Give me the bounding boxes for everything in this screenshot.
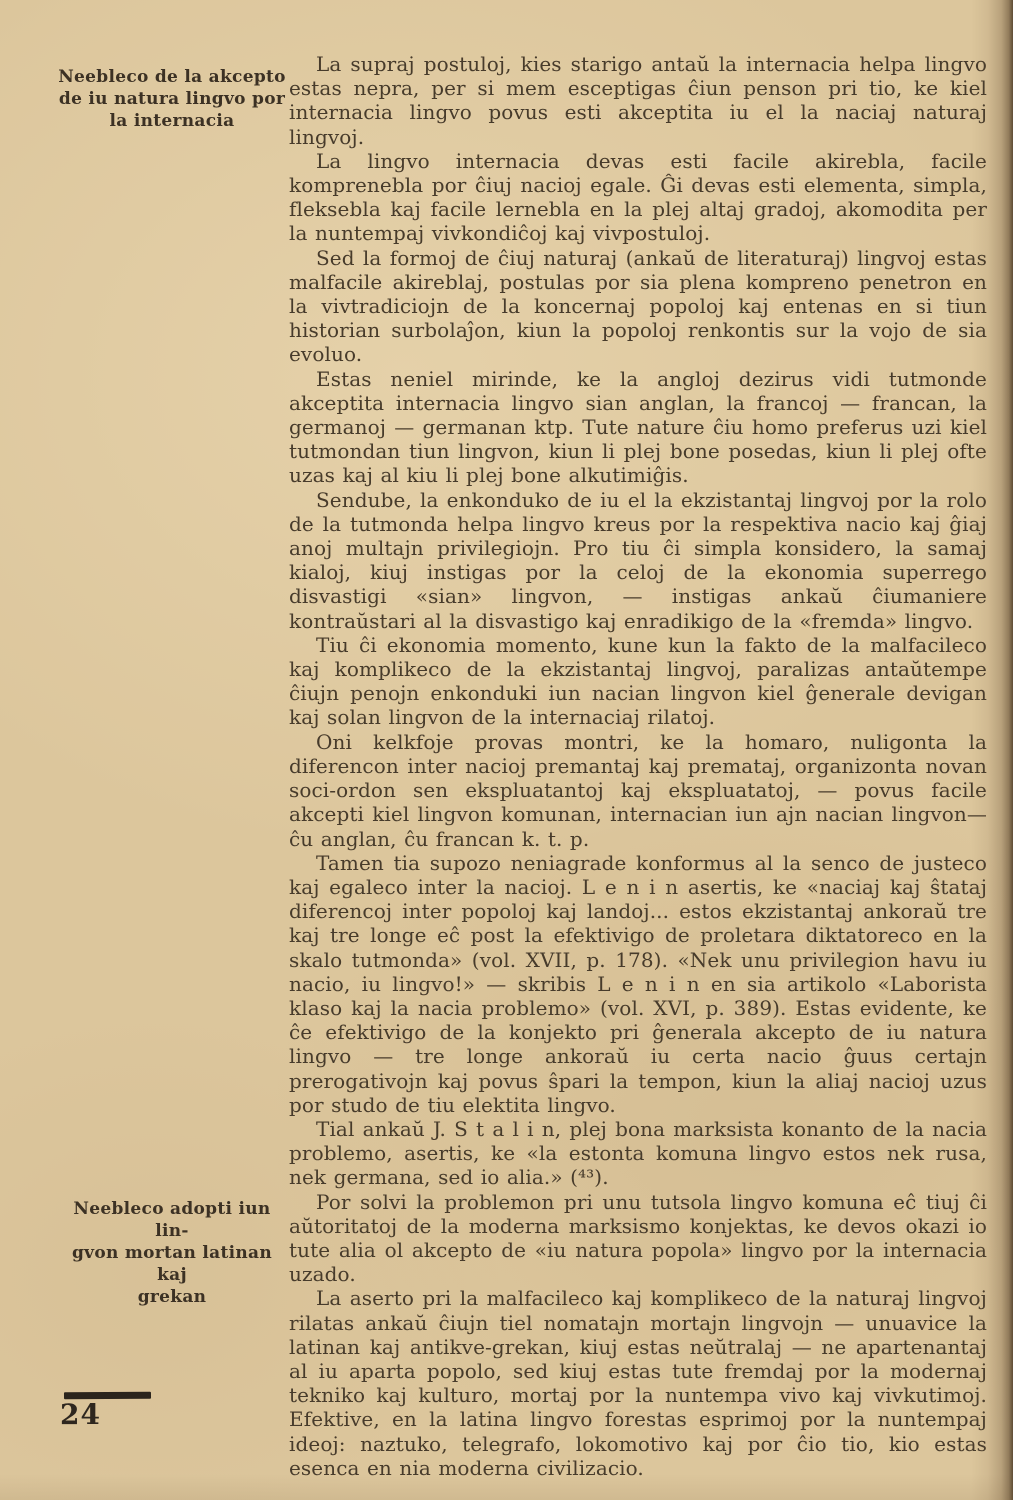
paragraph: Sed la formoj de ĉiuj naturaj (ankaŭ de … xyxy=(289,246,987,367)
margin-note-line: grekan xyxy=(58,1286,286,1308)
paragraph: Estas neniel mirinde, ke la angloj dezir… xyxy=(289,367,987,488)
margin-note-line: gvon mortan latinan kaj xyxy=(58,1242,286,1286)
paragraph: La lingvo internacia devas esti facile a… xyxy=(289,149,987,246)
margin-note-line: Neebleco de la akcepto xyxy=(58,66,286,88)
margin-note-line: de iu natura lingvo por xyxy=(58,88,286,110)
margin-note-akcepto: Neebleco de la akcepto de iu natura ling… xyxy=(58,66,286,132)
paragraph: Sendube, la enkonduko de iu el la ekzist… xyxy=(289,488,987,633)
paragraph: Tiu ĉi ekonomia momento, kune kun la fak… xyxy=(289,633,987,730)
margin-note-line: la internacia xyxy=(58,110,286,132)
margin-note-mortaj-lingvoj: Neebleco adopti iun lin- gvon mortan lat… xyxy=(58,1198,286,1308)
paragraph: Por solvi la problemon pri unu tutsola l… xyxy=(289,1190,987,1287)
page-number: 24 xyxy=(60,1398,101,1431)
book-page: Neebleco de la akcepto de iu natura ling… xyxy=(0,0,1013,1500)
margin-note-line: Neebleco adopti iun lin- xyxy=(58,1198,286,1242)
paragraph: La supraj postuloj, kies starigo antaŭ l… xyxy=(289,52,987,149)
paragraph: Tamen tia supozo neniagrade konformus al… xyxy=(289,851,987,1117)
paragraph: Tial ankaŭ J. S t a l i n, plej bona mar… xyxy=(289,1117,987,1190)
body-text-column: La supraj postuloj, kies starigo antaŭ l… xyxy=(289,52,987,1480)
paragraph: La aserto pri la malfacileco kaj komplik… xyxy=(289,1286,987,1480)
paragraph: Oni kelkfoje provas montri, ke la homaro… xyxy=(289,730,987,851)
